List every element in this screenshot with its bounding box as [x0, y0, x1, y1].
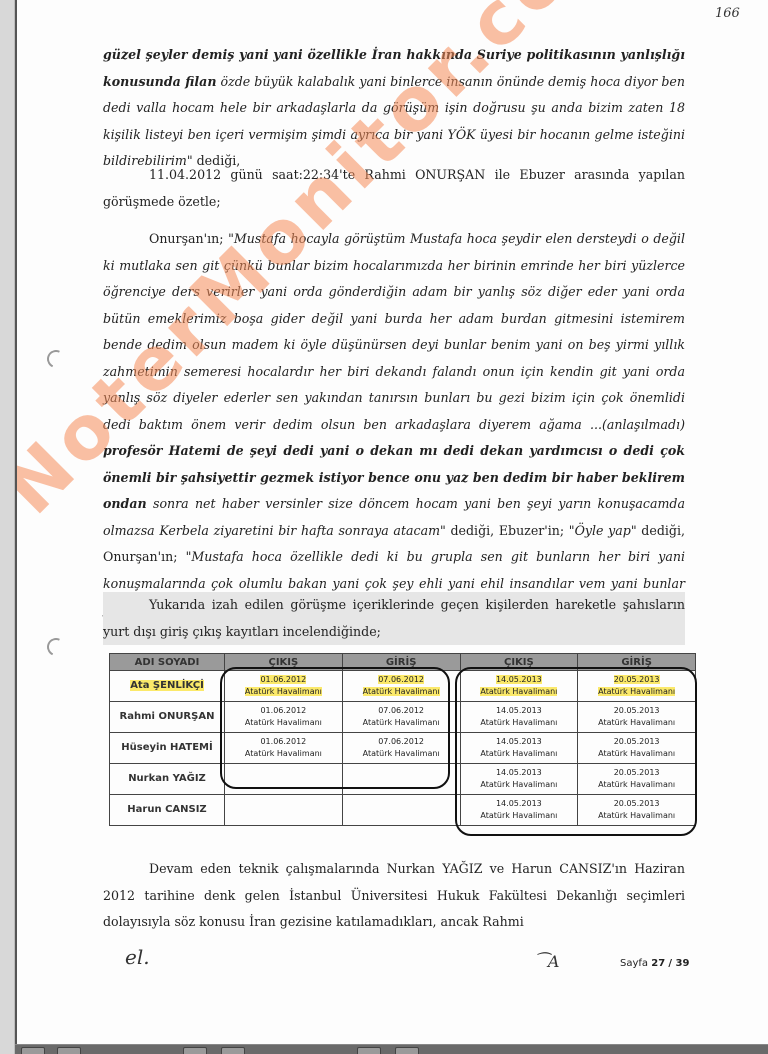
person-name: Nurkan YAĞIZ	[110, 764, 225, 795]
signature-initials-left: el.	[125, 945, 150, 969]
text-run: dediği, Ebuzer'in;	[446, 523, 569, 538]
hand-drawn-circle	[220, 667, 450, 789]
person-name: Hüseyin HATEMİ	[110, 733, 225, 764]
viewer-toolbar	[15, 1044, 768, 1054]
page-footer: Sayfa 27 / 39	[620, 958, 689, 969]
text-run: Onurşan'ın;	[149, 231, 228, 246]
fit-page-button[interactable]	[357, 1047, 381, 1054]
paragraph-call-transcript: Onurşan'ın; "Mustafa hocayla görüştüm Mu…	[103, 226, 685, 624]
viewer-left-margin	[0, 0, 14, 1054]
footer-current-page: 27	[651, 958, 665, 969]
person-name: Ata ŞENLİKÇİ	[110, 671, 225, 702]
handwritten-page-number: 166	[715, 6, 740, 21]
travel-record-cell	[342, 795, 460, 826]
paragraph-call-intro: 11.04.2012 günü saat:22:34'te Rahmi ONUR…	[103, 162, 685, 215]
person-name: Harun CANSIZ	[110, 795, 225, 826]
prev-page-button[interactable]	[183, 1047, 207, 1054]
paragraph-records-intro: Yukarıda izah edilen görüşme içeriklerin…	[103, 592, 685, 645]
text-run: "Mustafa hocayla görüştüm Mustafa hoca ş…	[103, 231, 685, 432]
hand-drawn-circle	[455, 667, 697, 836]
footer-label: Sayfa	[620, 958, 648, 969]
signature-initials-right: ⁀A	[535, 952, 559, 971]
text-run: "Öyle yap"	[569, 523, 637, 538]
punch-hole-icon	[44, 347, 67, 370]
paragraph-conclusion: Devam eden teknik çalışmalarında Nurkan …	[103, 856, 685, 936]
punch-hole-icon	[44, 635, 67, 658]
person-name: Rahmi ONURŞAN	[110, 702, 225, 733]
fullscreen-button[interactable]	[395, 1047, 419, 1054]
home-button[interactable]	[21, 1047, 45, 1054]
document-page: 166 güzel şeyler demiş yani yani özellik…	[15, 0, 768, 1044]
column-header: ADI SOYADI	[110, 654, 225, 671]
print-button[interactable]	[57, 1047, 81, 1054]
footer-total-pages: 39	[675, 958, 689, 969]
next-page-button[interactable]	[221, 1047, 245, 1054]
paragraph-quote-continued: güzel şeyler demiş yani yani özellikle İ…	[103, 42, 685, 175]
travel-record-cell	[225, 795, 343, 826]
